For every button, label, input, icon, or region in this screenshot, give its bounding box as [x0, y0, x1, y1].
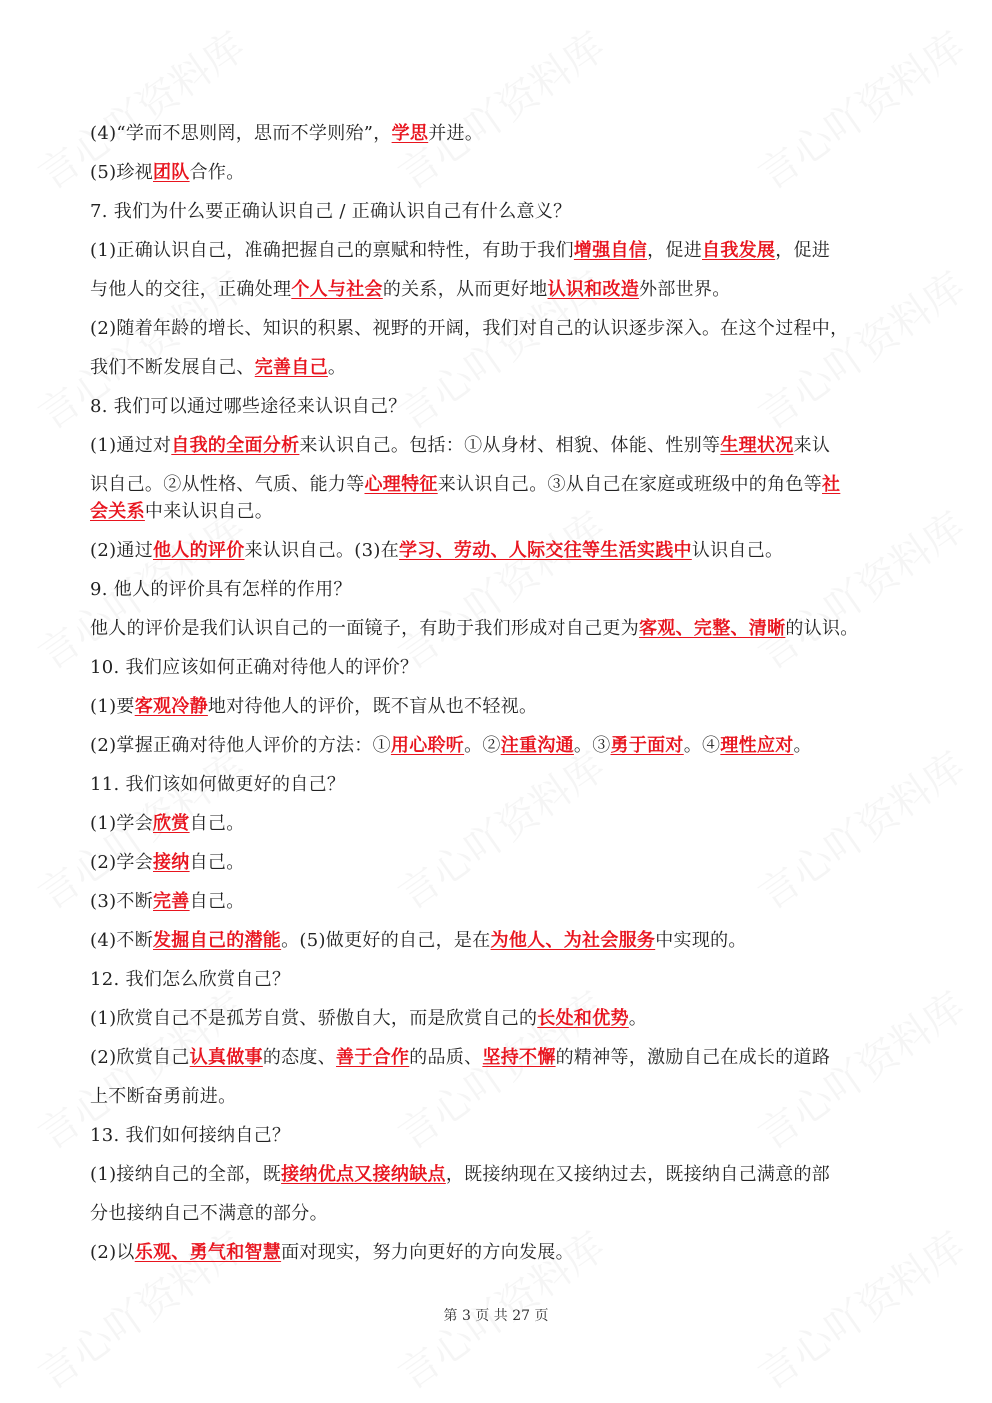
- text-line: 8. 我们可以通过哪些途径来认识自己？: [90, 395, 407, 419]
- text-segment: (5)珍视: [90, 162, 153, 183]
- highlighted-keyword: 客观、完整、清晰: [639, 618, 785, 639]
- text-line: (1)学会欣赏自己。: [90, 812, 245, 836]
- highlighted-keyword: 乐观、勇气和智慧: [135, 1242, 281, 1263]
- text-segment: 我们不断发展自己、: [90, 357, 255, 378]
- text-segment: (1)学会: [90, 813, 153, 834]
- text-segment: 13. 我们如何接纳自己？: [90, 1125, 290, 1146]
- text-line: (1)正确认识自己，准确把握自己的禀赋和特性，有助于我们增强自信，促进自我发展，…: [90, 239, 830, 263]
- text-line: (2)学会接纳自己。: [90, 851, 245, 875]
- text-segment: 的认识。: [785, 618, 858, 639]
- highlighted-keyword: 发掘自己的潜能: [153, 930, 281, 951]
- text-segment: (2)以: [90, 1242, 135, 1263]
- highlighted-keyword: 团队: [153, 162, 190, 183]
- highlighted-keyword: 客观冷静: [135, 696, 208, 717]
- highlighted-keyword: 认识和改造: [548, 279, 640, 300]
- text-line: 与他人的交往，正确处理个人与社会的关系，从而更好地认识和改造外部世界。: [90, 278, 731, 302]
- text-segment: 识自己。②从性格、气质、能力等: [90, 474, 365, 495]
- text-segment: 来认识自己。③从自己在家庭或班级中的角色等: [438, 474, 822, 495]
- text-segment: 自己。: [190, 891, 245, 912]
- text-segment: 并进。: [428, 123, 483, 144]
- text-line: (4)不断发掘自己的潜能。(5)做更好的自己，是在为他人、为社会服务中实现的。: [90, 929, 747, 953]
- text-segment: (2)掌握正确对待他人评价的方法：①: [90, 735, 391, 756]
- text-segment: 。③: [574, 735, 611, 756]
- text-segment: 的态度、: [263, 1047, 336, 1068]
- text-segment: (4)“学而不思则罔，思而不学则殆”，: [90, 123, 392, 144]
- highlighted-keyword: 善于合作: [336, 1047, 409, 1068]
- highlighted-keyword: 心理特征: [365, 474, 438, 495]
- text-segment: ，促进: [647, 240, 702, 261]
- highlighted-keyword: 自我发展: [702, 240, 775, 261]
- text-segment: 。: [794, 735, 812, 756]
- text-line: (1)要客观冷静地对待他人的评价，既不盲从也不轻视。: [90, 695, 537, 719]
- text-line: 我们不断发展自己、完善自己。: [90, 356, 346, 380]
- text-segment: 7. 我们为什么要正确认识自己 / 正确认识自己有什么意义？: [90, 201, 571, 222]
- text-segment: 9. 他人的评价具有怎样的作用？: [90, 579, 352, 600]
- text-segment: 的品质、: [409, 1047, 482, 1068]
- text-line: 分也接纳自己不满意的部分。: [90, 1202, 328, 1226]
- text-segment: 中实现的。: [655, 930, 747, 951]
- text-line: 13. 我们如何接纳自己？: [90, 1124, 290, 1148]
- watermark-text: 言心吖资料库: [745, 256, 974, 440]
- text-line: 11. 我们该如何做更好的自己？: [90, 773, 345, 797]
- highlighted-keyword: 增强自信: [574, 240, 647, 261]
- highlighted-keyword: 认真做事: [190, 1047, 263, 1068]
- highlighted-keyword: 接纳优点又接纳缺点: [281, 1164, 446, 1185]
- text-segment: 地对待他人的评价，既不盲从也不轻视。: [208, 696, 537, 717]
- text-line: (5)珍视团队合作。: [90, 161, 245, 185]
- text-line: 他人的评价是我们认识自己的一面镜子，有助于我们形成对自己更为客观、完整、清晰的认…: [90, 617, 859, 641]
- text-segment: 自己。: [190, 813, 245, 834]
- text-line: (3)不断完善自己。: [90, 890, 245, 914]
- text-line: (4)“学而不思则罔，思而不学则殆”，学思并进。: [90, 122, 483, 146]
- text-line: (1)通过对自我的全面分析来认识自己。包括：①从身材、相貌、体能、性别等生理状况…: [90, 434, 830, 458]
- watermark-text: 言心吖资料库: [385, 736, 614, 920]
- highlighted-keyword: 勇于面对: [611, 735, 684, 756]
- document-page: 言心吖资料库言心吖资料库言心吖资料库言心吖资料库言心吖资料库言心吖资料库言心吖资…: [0, 0, 992, 1403]
- text-line: (2)掌握正确对待他人评价的方法：①用心聆听。②注重沟通。③勇于面对。④理性应对…: [90, 734, 812, 758]
- text-line: 10. 我们应该如何正确对待他人的评价？: [90, 656, 418, 680]
- text-segment: 。: [629, 1008, 647, 1029]
- text-segment: 。②: [464, 735, 501, 756]
- text-segment: 。(5)做更好的自己，是在: [281, 930, 490, 951]
- text-line: 上不断奋勇前进。: [90, 1085, 236, 1109]
- text-line: (2)以乐观、勇气和智慧面对现实，努力向更好的方向发展。: [90, 1241, 574, 1265]
- text-segment: 认识自己。: [692, 540, 784, 561]
- text-line: (2)通过他人的评价来认识自己。(3)在学习、劳动、人际交往等生活实践中认识自己…: [90, 539, 783, 563]
- text-line: 9. 他人的评价具有怎样的作用？: [90, 578, 352, 602]
- highlighted-keyword: 接纳: [153, 852, 190, 873]
- text-line: (1)欣赏自己不是孤芳自赏、骄傲自大，而是欣赏自己的长处和优势。: [90, 1007, 647, 1031]
- highlighted-keyword: 生理状况: [720, 435, 793, 456]
- highlighted-keyword: 完善: [153, 891, 190, 912]
- highlighted-keyword: 坚持不懈: [482, 1047, 555, 1068]
- text-segment: (2)欣赏自己: [90, 1047, 190, 1068]
- text-segment: 的精神等，激励自己在成长的道路: [556, 1047, 831, 1068]
- text-segment: (2)通过: [90, 540, 153, 561]
- text-segment: 。④: [684, 735, 721, 756]
- text-segment: 分也接纳自己不满意的部分。: [90, 1203, 328, 1224]
- watermark-text: 言心吖资料库: [385, 16, 614, 200]
- text-segment: 。: [328, 357, 346, 378]
- text-segment: (4)不断: [90, 930, 153, 951]
- text-segment: 中来认识自己。: [145, 501, 273, 522]
- text-segment: (2)学会: [90, 852, 153, 873]
- text-segment: ，既接纳现在又接纳过去，既接纳自己满意的部: [446, 1164, 830, 1185]
- text-segment: 来认: [794, 435, 831, 456]
- highlighted-keyword: 他人的评价: [153, 540, 245, 561]
- text-line: (1)接纳自己的全部，既接纳优点又接纳缺点，既接纳现在又接纳过去，既接纳自己满意…: [90, 1163, 830, 1187]
- text-segment: 外部世界。: [639, 279, 731, 300]
- highlighted-keyword: 个人与社会: [291, 279, 383, 300]
- text-segment: 来认识自己。(3)在: [245, 540, 400, 561]
- watermark-text: 言心吖资料库: [745, 16, 974, 200]
- highlighted-keyword: 理性应对: [720, 735, 793, 756]
- text-line: 12. 我们怎么欣赏自己？: [90, 968, 290, 992]
- highlighted-keyword: 为他人、为社会服务: [491, 930, 656, 951]
- text-segment: (1)正确认识自己，准确把握自己的禀赋和特性，有助于我们: [90, 240, 574, 261]
- text-segment: (2)随着年龄的增长、知识的积累、视野的开阔，我们对自己的认识逐步深入。在这个过…: [90, 318, 848, 339]
- text-segment: 面对现实，努力向更好的方向发展。: [281, 1242, 574, 1263]
- text-segment: ，促进: [775, 240, 830, 261]
- highlighted-keyword: 会关系: [90, 501, 145, 522]
- text-segment: (1)欣赏自己不是孤芳自赏、骄傲自大，而是欣赏自己的: [90, 1008, 537, 1029]
- text-line: (2)随着年龄的增长、知识的积累、视野的开阔，我们对自己的认识逐步深入。在这个过…: [90, 317, 848, 341]
- watermark-text: 言心吖资料库: [745, 496, 974, 680]
- text-segment: 与他人的交往，正确处理: [90, 279, 291, 300]
- text-segment: 自己。: [190, 852, 245, 873]
- text-segment: (1)要: [90, 696, 135, 717]
- highlighted-keyword: 学习、劳动、人际交往等生活实践中: [399, 540, 692, 561]
- text-line: 7. 我们为什么要正确认识自己 / 正确认识自己有什么意义？: [90, 200, 571, 224]
- highlighted-keyword: 注重沟通: [501, 735, 574, 756]
- highlighted-keyword: 完善自己: [255, 357, 328, 378]
- text-segment: 他人的评价是我们认识自己的一面镜子，有助于我们形成对自己更为: [90, 618, 639, 639]
- highlighted-keyword: 自我的全面分析: [171, 435, 299, 456]
- highlighted-keyword: 社: [822, 474, 840, 495]
- text-segment: (1)通过对: [90, 435, 171, 456]
- text-segment: 的关系，从而更好地: [383, 279, 548, 300]
- highlighted-keyword: 欣赏: [153, 813, 190, 834]
- text-line: (2)欣赏自己认真做事的态度、善于合作的品质、坚持不懈的精神等，激励自己在成长的…: [90, 1046, 830, 1070]
- text-segment: 11. 我们该如何做更好的自己？: [90, 774, 345, 795]
- text-segment: (3)不断: [90, 891, 153, 912]
- text-segment: 合作。: [190, 162, 245, 183]
- highlighted-keyword: 学思: [392, 123, 429, 144]
- page-footer: 第 3 页 共 27 页: [0, 1305, 992, 1325]
- text-segment: 12. 我们怎么欣赏自己？: [90, 969, 290, 990]
- highlighted-keyword: 长处和优势: [537, 1008, 629, 1029]
- text-segment: 来认识自己。包括：①从身材、相貌、体能、性别等: [299, 435, 720, 456]
- text-segment: 8. 我们可以通过哪些途径来认识自己？: [90, 396, 407, 417]
- highlighted-keyword: 用心聆听: [391, 735, 464, 756]
- text-line: 识自己。②从性格、气质、能力等心理特征来认识自己。③从自己在家庭或班级中的角色等…: [90, 473, 840, 497]
- text-segment: (1)接纳自己的全部，既: [90, 1164, 281, 1185]
- text-segment: 上不断奋勇前进。: [90, 1086, 236, 1107]
- watermark-text: 言心吖资料库: [745, 736, 974, 920]
- text-line: 会关系中来认识自己。: [90, 500, 273, 524]
- watermark-text: 言心吖资料库: [385, 496, 614, 680]
- text-segment: 10. 我们应该如何正确对待他人的评价？: [90, 657, 418, 678]
